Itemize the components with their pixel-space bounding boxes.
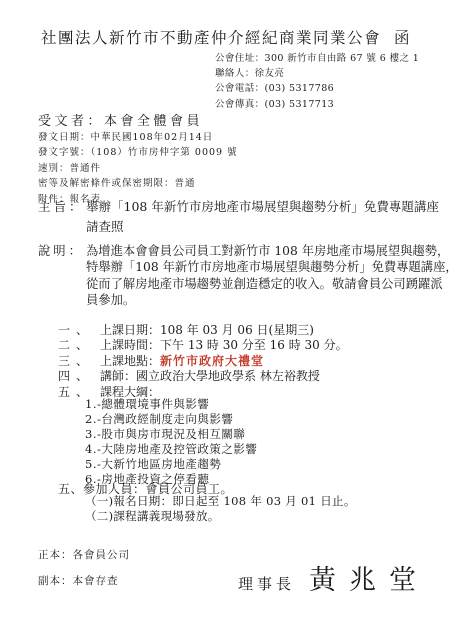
syllabus-item: 4.-大陸房地產及控管政策之影響 — [85, 442, 257, 457]
contact-phone: 公會電話：(03) 5317786 — [215, 81, 419, 96]
contact-address: 公會住址：300 新竹市自由路 67 號 6 樓之 1 — [215, 51, 419, 66]
meta-speed-class: 速別：普通件 — [38, 161, 238, 176]
syllabus-item: 2.-台灣政經制度走向與影響 — [85, 412, 257, 427]
syllabus-item: 5.-大新竹地區房地產趨勢 — [85, 457, 257, 472]
outline-number: 四、 — [58, 369, 100, 384]
syllabus-item: 1.-總體環境事件與影響 — [85, 397, 257, 412]
outline-item: 三、 上課地點：新竹市政府大禮堂 — [58, 354, 348, 369]
signature-block: 理事長 黃兆堂 — [238, 558, 429, 597]
subject-label: 主旨： — [38, 197, 86, 237]
contact-person: 聯絡人：徐友亮 — [215, 66, 419, 81]
signature-name: 黃兆堂 — [309, 558, 429, 597]
outline-text: 講師：國立政治大學地政學系 林左裕教授 — [100, 369, 320, 383]
outline-text: 上課時間：下午 13 時 30 分至 16 時 30 分。 — [100, 338, 348, 352]
recipient-line: 受文者：本會全體會員 — [38, 110, 203, 129]
outline-number: 三、 — [58, 354, 100, 369]
explanation-line: 員參加。 — [86, 292, 452, 308]
signature-title: 理事長 — [238, 573, 295, 594]
org-title: 社團法人新竹市不動產仲介經紀商業同業公會 — [41, 26, 381, 48]
explanation-line: 從而了解房地產市場趨勢並創造穩定的收入。敬請會員公司踴躍派 — [86, 276, 452, 292]
contact-block: 公會住址：300 新竹市自由路 67 號 6 樓之 1 聯絡人：徐友亮 公會電話… — [215, 51, 419, 112]
meta-doc-number: 發文字號：（108）竹市房仲字第 0009 號 — [38, 145, 238, 160]
subject-line: 請查照 — [86, 217, 439, 237]
participant-notes: （一)報名日期：即日起至 108 年 03 月 01 日止。 （二)課程講義現場… — [85, 494, 356, 524]
meta-security-class: 密等及解密條件或保密期限：普通 — [38, 176, 238, 191]
venue-highlight: 新竹市政府大禮堂 — [160, 354, 264, 368]
syllabus-list: 1.-總體環境事件與影響 2.-台灣政經制度走向與影響 3.-股市與房市現況及相… — [85, 397, 257, 486]
duplicate-copy-line: 副本：本會存查 — [38, 573, 119, 588]
outline-number: 二、 — [58, 338, 100, 353]
explanation-line: 為增進本會會員公司員工對新竹市 108 年房地產市場展望與趨勢， — [86, 243, 452, 259]
original-copy-line: 正本：各會員公司 — [38, 547, 130, 562]
subject-block: 主旨： 舉辦「108 年新竹市房地產市場展望與趨勢分析」免費專題講座 請查照 — [38, 197, 439, 237]
explanation-block: 說明： 為增進本會會員公司員工對新竹市 108 年房地產市場展望與趨勢， 特舉辦… — [38, 243, 452, 309]
outline-text: 上課日期：108 年 03 月 06 日(星期三) — [100, 323, 314, 337]
outline-number: 一、 — [58, 323, 100, 338]
meta-issue-date: 發文日期：中華民國108年02月14日 — [38, 130, 238, 145]
explanation-body: 為增進本會會員公司員工對新竹市 108 年房地產市場展望與趨勢， 特舉辦「108… — [86, 243, 452, 309]
outline-item: 四、 講師：國立政治大學地政學系 林左裕教授 — [58, 369, 348, 384]
outline-item: 一、 上課日期：108 年 03 月 06 日(星期三) — [58, 323, 348, 338]
participant-note: （二)課程講義現場發放。 — [85, 509, 356, 524]
explanation-label: 說明： — [38, 243, 86, 309]
contact-fax: 公會傳真：(03) 5317713 — [215, 97, 419, 112]
document-page: 社團法人新竹市不動產仲介經紀商業同業公會 函 公會住址：300 新竹市自由路 6… — [0, 0, 452, 640]
syllabus-item: 3.-股市與房市現況及相互關聯 — [85, 427, 257, 442]
letter-header: 社團法人新竹市不動產仲介經紀商業同業公會 函 — [0, 26, 452, 48]
outline-item: 二、 上課時間：下午 13 時 30 分至 16 時 30 分。 — [58, 338, 348, 353]
doc-type-label: 函 — [394, 26, 411, 48]
participant-note: （一)報名日期：即日起至 108 年 03 月 01 日止。 — [85, 494, 356, 509]
subject-body: 舉辦「108 年新竹市房地產市場展望與趨勢分析」免費專題講座 請查照 — [86, 197, 439, 237]
outline-text: 上課地點： — [100, 354, 160, 368]
explanation-line: 特舉辦「108 年新竹市房地產市場展望與趨勢分析」免費專題講座， — [86, 259, 452, 275]
subject-line: 舉辦「108 年新竹市房地產市場展望與趨勢分析」免費專題講座 — [86, 197, 439, 217]
outline-list: 一、 上課日期：108 年 03 月 06 日(星期三) 二、 上課時間：下午 … — [58, 323, 348, 400]
meta-block: 發文日期：中華民國108年02月14日 發文字號：（108）竹市房仲字第 000… — [38, 130, 238, 207]
